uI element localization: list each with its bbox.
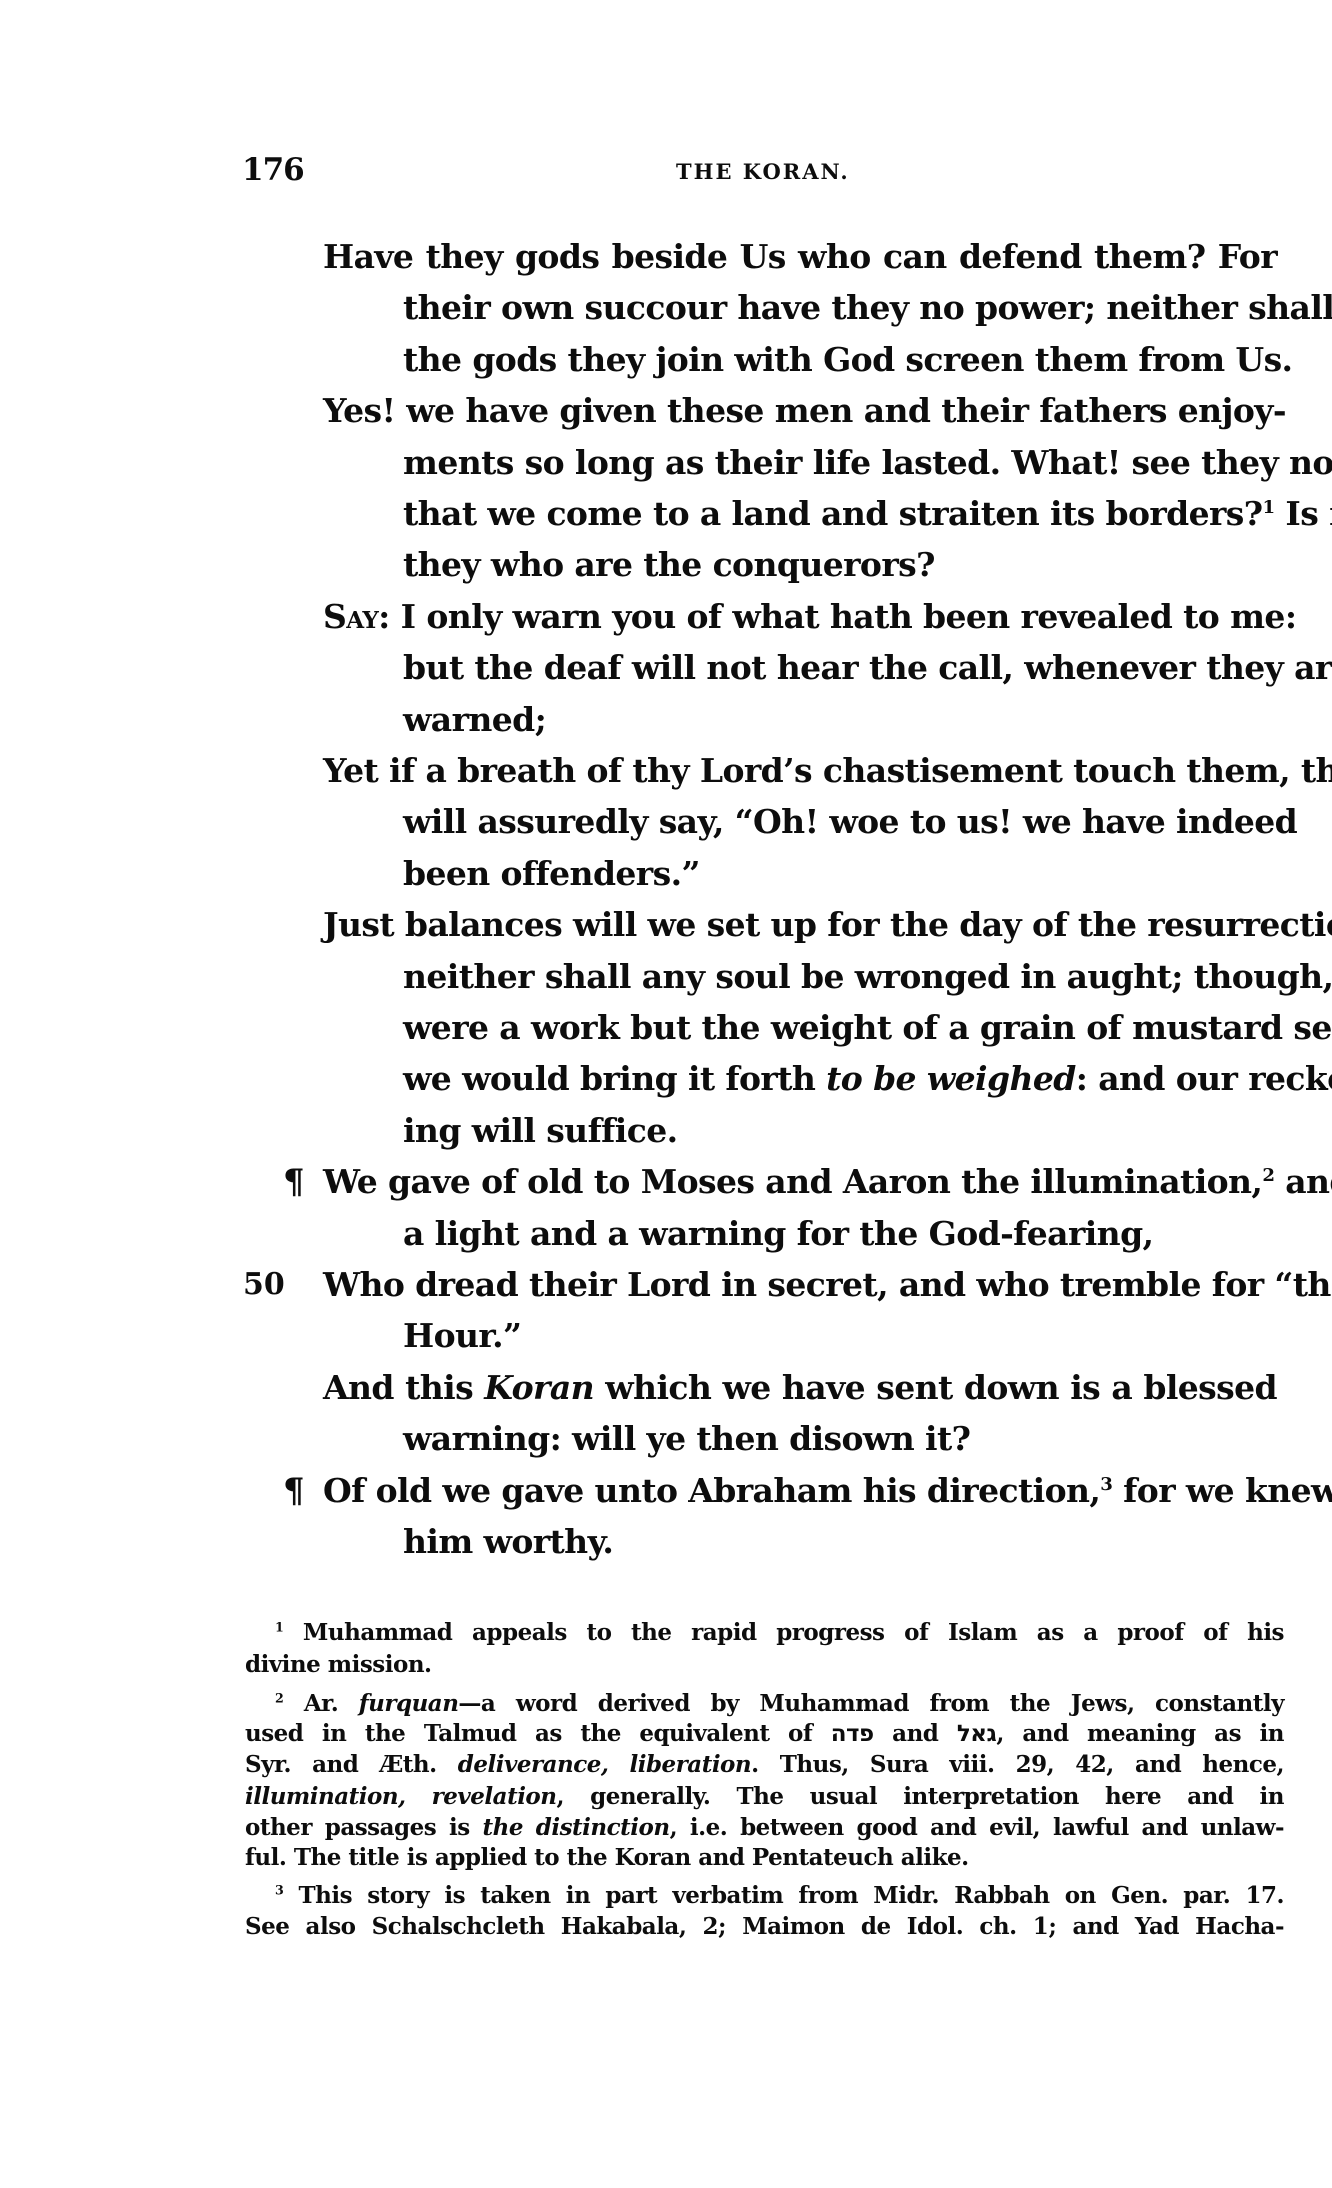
text-run: divine mission.: [245, 1651, 432, 1678]
text-run: Just balances will we set up for the day…: [323, 905, 1332, 944]
text-run: , and meaning as in: [996, 1720, 1284, 1747]
footnote-line: ful. The title is applied to the Koran a…: [245, 1843, 969, 1873]
verse-continuation-line: a light and a warning for the God-fearin…: [403, 1212, 1153, 1256]
text-run: which we have sent down is a blessed: [594, 1368, 1277, 1407]
verse-continuation-line: they who are the conquerors?: [403, 543, 935, 587]
text-run: Who dread their Lord in secret, and who …: [323, 1265, 1332, 1304]
verse-line: Yes! we have given these men and their f…: [323, 389, 1277, 433]
text-run: but the deaf will not hear the call, whe…: [403, 648, 1332, 687]
verse-continuation-line: warning: will ye then disown it?: [403, 1417, 970, 1461]
text-run: we would bring it forth: [403, 1059, 826, 1098]
footnote-line: See also Schalschcleth Hakabala, 2; Maim…: [245, 1912, 1284, 1942]
verse-continuation-line: warned;: [403, 698, 546, 742]
pilcrow-icon: ¶: [283, 1469, 305, 1513]
text-run: warned;: [403, 700, 546, 739]
text-run: ful. The title is applied to the Koran a…: [245, 1844, 969, 1871]
text-run: Have they gods beside Us who can defend …: [323, 237, 1277, 276]
verse-number: 50: [243, 1263, 285, 1307]
text-run: And this: [323, 1368, 484, 1407]
footnote-reference: 3: [1100, 1474, 1112, 1495]
verse-continuation-line: we would bring it forth to be weighed: a…: [403, 1057, 1277, 1101]
text-run: used in the Talmud as the equivalent of: [245, 1720, 831, 1747]
italic-text: illumination, revelation: [245, 1783, 557, 1810]
verse-continuation-line: that we come to a land and straiten its …: [403, 492, 1277, 536]
pilcrow-icon: ¶: [283, 1160, 305, 1204]
text-run: : I only warn you of what hath been reve…: [378, 597, 1296, 636]
text-run: him worthy.: [403, 1522, 613, 1561]
footnote-line: 3 This story is taken in part verbatim f…: [275, 1881, 1284, 1911]
text-run: , i.e. between good and evil, lawful and…: [670, 1814, 1284, 1841]
verse-continuation-line: the gods they join with God screen them …: [403, 338, 1292, 382]
text-run: Of old we gave unto Abraham his directio…: [323, 1471, 1100, 1510]
verse-continuation-line: but the deaf will not hear the call, whe…: [403, 646, 1277, 690]
text-run: We gave of old to Moses and Aaron the il…: [323, 1162, 1262, 1201]
verse-line: We gave of old to Moses and Aaron the il…: [323, 1160, 1277, 1204]
verse-continuation-line: were a work but the weight of a grain of…: [403, 1006, 1277, 1050]
text-run: ments so long as their life lasted. What…: [403, 443, 1332, 482]
italic-text: Koran: [484, 1368, 594, 1407]
footnote-line: 1 Muhammad appeals to the rapid progress…: [275, 1618, 1284, 1648]
verse-continuation-line: him worthy.: [403, 1520, 613, 1564]
italic-text: to be weighed: [826, 1059, 1076, 1098]
small-caps-text: Say: [323, 597, 378, 636]
running-title: THE KORAN.: [676, 152, 850, 192]
text-run: Ar.: [283, 1690, 358, 1717]
text-run: ing will suffice.: [403, 1111, 677, 1150]
text-run: their own succour have they no power; ne…: [403, 288, 1332, 327]
text-run: the gods they join with God screen them …: [403, 340, 1292, 379]
verse-line: Yet if a breath of thy Lord’s chastiseme…: [323, 749, 1277, 793]
verse-continuation-line: ing will suffice.: [403, 1109, 677, 1153]
text-run: Muhammad appeals to the rapid progress o…: [283, 1619, 1284, 1646]
text-run: . Thus, Sura viii. 29, 42, and hence,: [751, 1751, 1284, 1778]
footnote-line: 2 Ar. furquan—a word derived by Muhammad…: [275, 1689, 1284, 1719]
text-run: Yet if a breath of thy Lord’s chastiseme…: [323, 751, 1332, 790]
text-run: other passages is: [245, 1814, 483, 1841]
verse-continuation-line: their own succour have they no power; ne…: [403, 286, 1277, 330]
text-run: —a word derived by Muhammad from the Jew…: [458, 1690, 1284, 1717]
italic-text: furquan: [359, 1690, 459, 1717]
text-run: Is it: [1275, 494, 1332, 533]
italic-text: the distinction: [483, 1814, 670, 1841]
hebrew-word: גאל: [957, 1721, 996, 1747]
verse-continuation-line: been offenders.”: [403, 852, 700, 896]
text-run: that we come to a land and straiten its …: [403, 494, 1263, 533]
footnote-line: used in the Talmud as the equivalent of …: [245, 1719, 1284, 1749]
text-run: neither shall any soul be wronged in aug…: [403, 957, 1332, 996]
verse-line: Have they gods beside Us who can defend …: [323, 235, 1277, 279]
text-run: they who are the conquerors?: [403, 545, 935, 584]
page-number: 176: [242, 150, 304, 190]
verse-continuation-line: ments so long as their life lasted. What…: [403, 441, 1277, 485]
text-run: will assuredly say, “Oh! woe to us! we h…: [403, 802, 1297, 841]
text-run: warning: will ye then disown it?: [403, 1419, 970, 1458]
text-run: been offenders.”: [403, 854, 700, 893]
verse-line: Of old we gave unto Abraham his directio…: [323, 1469, 1277, 1513]
text-run: Yes! we have given these men and their f…: [323, 391, 1286, 430]
verse-line: And this Koran which we have sent down i…: [323, 1366, 1277, 1410]
footnote-reference: 2: [1262, 1165, 1274, 1186]
verse-continuation-line: will assuredly say, “Oh! woe to us! we h…: [403, 800, 1277, 844]
text-run: Syr. and Æth.: [245, 1751, 458, 1778]
text-run: and: [874, 1720, 957, 1747]
text-run: a light and a warning for the God-fearin…: [403, 1214, 1153, 1253]
verse-line: Who dread their Lord in secret, and who …: [323, 1263, 1277, 1307]
running-head: 176 THE KORAN.: [0, 150, 1332, 190]
footnote-line: Syr. and Æth. deliverance, liberation. T…: [245, 1750, 1284, 1780]
footnote-line: other passages is the distinction, i.e. …: [245, 1813, 1284, 1843]
text-run: : and our reckon-: [1076, 1059, 1332, 1098]
text-run: for we knew: [1112, 1471, 1332, 1510]
verse-line: Just balances will we set up for the day…: [323, 903, 1277, 947]
text-run: This story is taken in part verbatim fro…: [283, 1882, 1284, 1909]
italic-text: deliverance, liberation: [458, 1751, 751, 1778]
text-run: and: [1274, 1162, 1332, 1201]
verse-line: Say: I only warn you of what hath been r…: [323, 595, 1277, 639]
footnote-reference: 1: [1263, 497, 1275, 518]
footnote-line: divine mission.: [245, 1650, 432, 1680]
text-run: were a work but the weight of a grain of…: [403, 1008, 1332, 1047]
hebrew-word: פדה: [831, 1721, 874, 1747]
verse-continuation-line: neither shall any soul be wronged in aug…: [403, 955, 1277, 999]
text-run: Hour.”: [403, 1316, 521, 1355]
footnote-line: illumination, revelation, generally. The…: [245, 1782, 1284, 1812]
text-run: , generally. The usual interpretation he…: [557, 1783, 1285, 1810]
text-run: See also Schalschcleth Hakabala, 2; Maim…: [245, 1913, 1284, 1940]
book-page: 176 THE KORAN. Have they gods beside Us …: [0, 0, 1332, 2188]
verse-continuation-line: Hour.”: [403, 1314, 521, 1358]
